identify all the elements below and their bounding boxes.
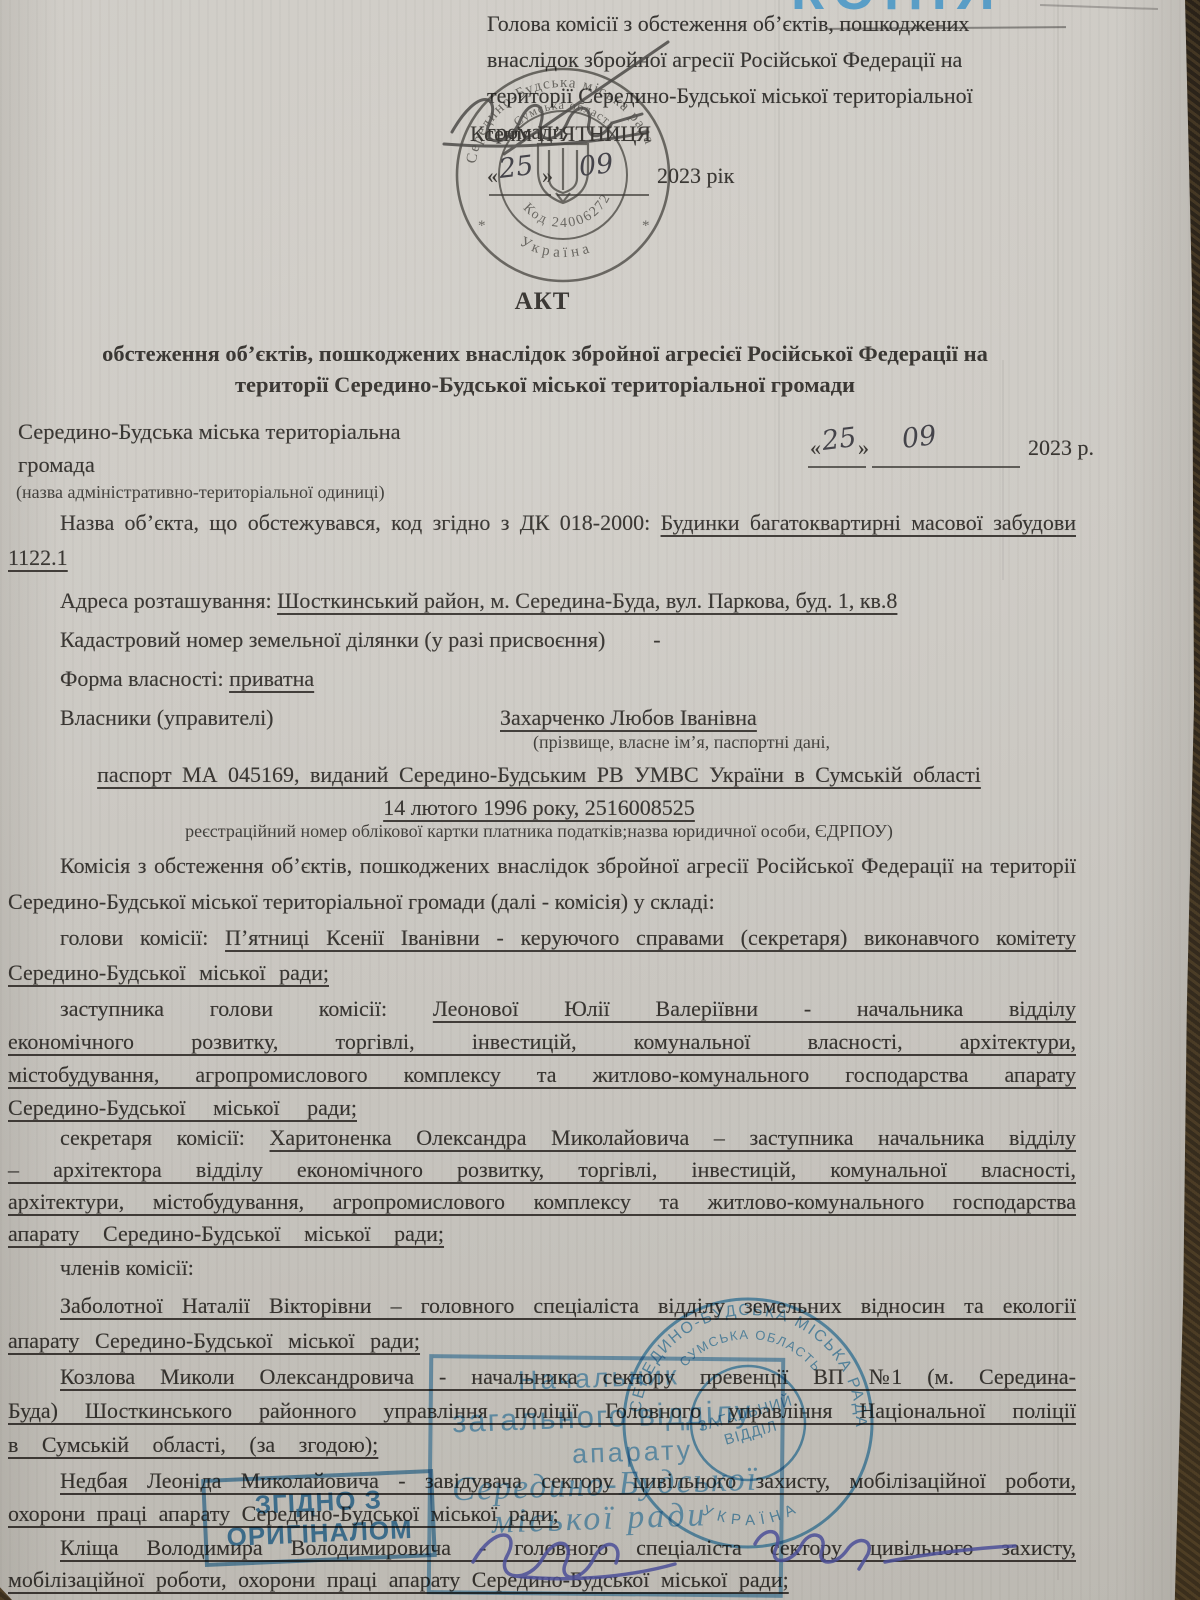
ownership-value: приватна <box>229 666 314 691</box>
date-underline <box>808 466 866 468</box>
address-value: Шосткинський район, м. Середина-Буда, ву… <box>277 588 897 613</box>
commission-member: заступника голови комісії: Леонової Юлії… <box>8 992 1076 1124</box>
commission-member: секретаря комісії: Харитоненка Олександр… <box>8 1122 1076 1250</box>
passport-line: паспорт МА 045169, виданий Середино-Будс… <box>8 757 1070 792</box>
commission-member: Заболотної Наталії Вікторівни – головног… <box>8 1288 1076 1358</box>
member-role: заступника голови комісії: <box>60 996 433 1021</box>
photographed-document: КОПІЯ Голова комісії з обстеження об’єкт… <box>0 0 1200 1600</box>
quote-open: « <box>810 430 821 465</box>
member-detail: Заболотної Наталії Вікторівни – головног… <box>8 1293 1076 1353</box>
owner-name: Захарченко Любов Іванівна <box>500 700 757 735</box>
object-field: Назва об’єкта, що обстежувався, код згід… <box>8 505 1076 575</box>
cadastre-value: - <box>653 627 660 652</box>
owners-caption: (прізвище, власне ім’я, паспортні дані, <box>533 732 830 753</box>
quote-close: » <box>542 158 553 193</box>
quote-open: « <box>487 158 498 193</box>
member-role: голови комісії: <box>60 925 225 950</box>
signature-scrawl-bottom <box>455 1492 1055 1592</box>
act-title: АКТ <box>0 288 1085 316</box>
subtitle-line: території Середино-Будської міської тери… <box>0 369 1090 400</box>
cadastre-field: Кадастровий номер земельної ділянки (у р… <box>8 622 1076 657</box>
date-field-row: « 25 » 09 2023 р. <box>810 420 1100 480</box>
handwritten-month: 09 <box>900 420 938 455</box>
owners-row: Власники (управителі) Захарченко Любов І… <box>8 700 1076 734</box>
svg-text:*: * <box>642 218 650 234</box>
owners-caption: реєстраційний номер облікової картки пла… <box>8 821 1070 842</box>
owners-label: Власники (управителі) <box>60 700 274 735</box>
object-label: Назва об’єкта, що обстежувався, код згід… <box>60 510 661 535</box>
passport-text: 14 лютого 1996 року, 2516008525 <box>383 795 695 820</box>
subtitle-line: обстеження об’єктів, пошкоджених внаслід… <box>0 338 1090 369</box>
adm-unit-line: громада <box>18 448 698 481</box>
act-subtitle: обстеження об’єктів, пошкоджених внаслід… <box>0 338 1090 400</box>
certified-copy-stamp: ЗГІДНО З ОРИГІНАЛОМ <box>201 1469 437 1567</box>
ownership-label: Форма власності: <box>60 666 229 691</box>
approval-date-row: « 25 » 09 2023 рік <box>487 150 887 200</box>
adm-unit-line: Середино-Будська міська територіальна <box>18 415 698 448</box>
quote-close: » <box>858 430 869 465</box>
passport-text: паспорт МА 045169, виданий Середино-Будс… <box>97 762 981 787</box>
handwritten-day: 25 <box>820 422 858 457</box>
cadastre-label: Кадастровий номер земельної ділянки (у р… <box>60 627 605 652</box>
members-header: членів комісії: <box>8 1250 1076 1285</box>
member-role: секретаря комісії: <box>60 1125 270 1150</box>
year-label: 2023 рік <box>657 158 734 193</box>
address-label: Адреса розташування: <box>60 588 277 613</box>
year-label: 2023 р. <box>1028 430 1094 465</box>
commission-intro: Комісія з обстеження об’єктів, пошкоджен… <box>8 848 1076 920</box>
date-underline <box>489 194 551 196</box>
passport-line: 14 лютого 1996 року, 2516008525 <box>8 790 1070 825</box>
address-field: Адреса розташування: Шосткинський район,… <box>8 583 1076 618</box>
date-underline <box>557 194 649 196</box>
handwritten-month: 09 <box>577 148 615 183</box>
adm-unit-caption: (назва адміністративно-територіальної од… <box>16 482 385 503</box>
signatory-name: Ксенія П’ЯТНИЦЯ <box>470 116 651 151</box>
certified-stamp-line: ОРИГІНАЛОМ <box>226 1514 413 1553</box>
svg-text:*: * <box>478 218 486 234</box>
ownership-field: Форма власності: приватна <box>8 661 1076 696</box>
handwritten-day: 25 <box>497 150 535 185</box>
commission-member: голови комісії: П’ятниці Ксенії Іванівни… <box>8 920 1076 990</box>
date-underline <box>872 466 1020 468</box>
adm-unit-name: Середино-Будська міська територіальна гр… <box>18 415 698 481</box>
